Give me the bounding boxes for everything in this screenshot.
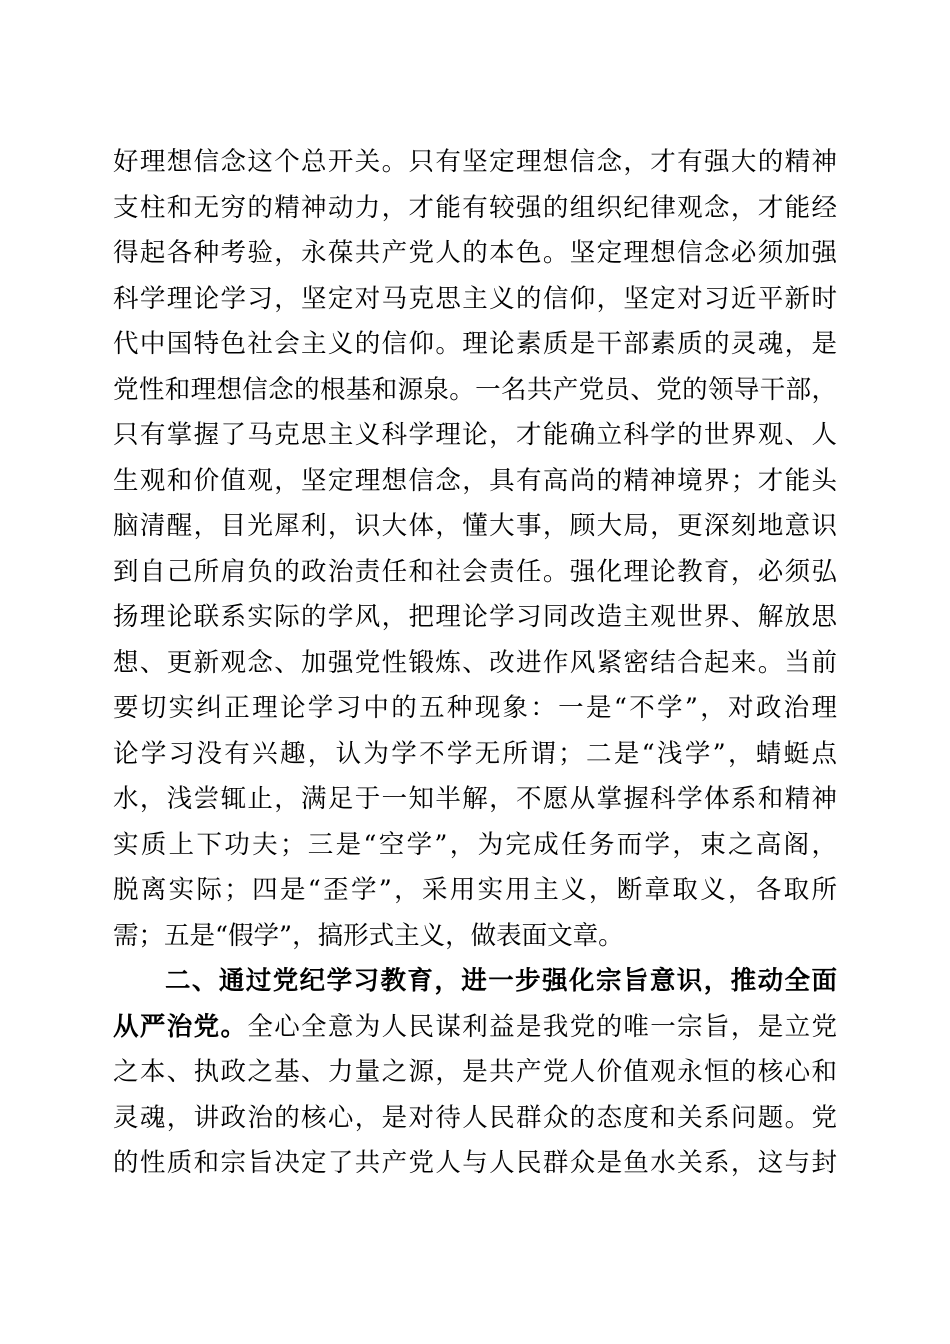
text-line: 想、更新观念、加强党性锻炼、改进作风紧密结合起来。当前 bbox=[113, 641, 837, 687]
text-segment: 论学习没有兴趣，认为学不学无所谓；二是“浅学”，蜻蜓点 bbox=[113, 739, 837, 769]
text-segment: 代中国特色社会主义的信仰。理论素质是干部素质的灵魂，是 bbox=[113, 329, 837, 359]
text-line: 得起各种考验，永葆共产党人的本色。坚定理想信念必须加强 bbox=[113, 231, 837, 277]
text-segment: 得起各种考验，永葆共产党人的本色。坚定理想信念必须加强 bbox=[113, 238, 837, 268]
text-line: 代中国特色社会主义的信仰。理论素质是干部素质的灵魂，是 bbox=[113, 322, 837, 368]
text-line: 实质上下功夫；三是“空学”，为完成任务而学，束之高阁， bbox=[113, 823, 837, 869]
text-segment: 的性质和宗旨决定了共产党人与人民群众是鱼水关系，这与封 bbox=[113, 1148, 837, 1178]
text-segment: 水，浅尝辄止，满足于一知半解，不愿从掌握科学体系和精神 bbox=[113, 784, 837, 814]
text-line: 支柱和无穷的精神动力，才能有较强的组织纪律观念，才能经 bbox=[113, 186, 837, 232]
text-segment: 需；五是“假学”，搞形式主义，做表面文章。 bbox=[113, 921, 624, 951]
text-segment: 党性和理想信念的根基和源泉。一名共产党员、党的领导干部， bbox=[113, 375, 837, 405]
text-line: 脱离实际；四是“歪学”，采用实用主义，断章取义，各取所 bbox=[113, 868, 837, 914]
text-segment: 要切实纠正理论学习中的五种现象：一是“不学”，对政治理 bbox=[113, 693, 837, 723]
text-line: 生观和价值观，坚定理想信念，具有高尚的精神境界；才能头 bbox=[113, 459, 837, 505]
text-line: 灵魂，讲政治的核心，是对待人民群众的态度和关系问题。党 bbox=[113, 1096, 837, 1142]
text-segment: 之本、执政之基、力量之源，是共产党人价值观永恒的核心和 bbox=[113, 1057, 837, 1087]
text-segment: 好理想信念这个总开关。只有坚定理想信念，才有强大的精神 bbox=[113, 147, 837, 177]
section-heading-line: 二、通过党纪学习教育，进一步强化宗旨意识，推动全面 bbox=[113, 959, 837, 1005]
text-line: 党性和理想信念的根基和源泉。一名共产党员、党的领导干部， bbox=[113, 368, 837, 414]
text-line: 脑清醒，目光犀利，识大体，懂大事，顾大局，更深刻地意识 bbox=[113, 504, 837, 550]
text-segment: 只有掌握了马克思主义科学理论，才能确立科学的世界观、人 bbox=[113, 420, 837, 450]
text-segment: 生观和价值观，坚定理想信念，具有高尚的精神境界；才能头 bbox=[113, 466, 837, 496]
text-segment: 全心全意为人民谋利益是我党的唯一宗旨，是立党 bbox=[247, 1012, 837, 1042]
section-heading-line: 从严治党。全心全意为人民谋利益是我党的唯一宗旨，是立党 bbox=[113, 1005, 837, 1051]
text-line: 只有掌握了马克思主义科学理论，才能确立科学的世界观、人 bbox=[113, 413, 837, 459]
document-page: 好理想信念这个总开关。只有坚定理想信念，才有强大的精神 支柱和无穷的精神动力，才… bbox=[0, 0, 950, 1344]
text-segment: 扬理论联系实际的学风，把理论学习同改造主观世界、解放思 bbox=[113, 602, 837, 632]
bold-segment: 从严治党。 bbox=[113, 1012, 247, 1042]
text-line: 科学理论学习，坚定对马克思主义的信仰，坚定对习近平新时 bbox=[113, 277, 837, 323]
text-segment: 实质上下功夫；三是“空学”，为完成任务而学，束之高阁， bbox=[113, 830, 837, 860]
text-segment: 灵魂，讲政治的核心，是对待人民群众的态度和关系问题。党 bbox=[113, 1103, 837, 1133]
text-segment: 支柱和无穷的精神动力，才能有较强的组织纪律观念，才能经 bbox=[113, 193, 837, 223]
text-line: 扬理论联系实际的学风，把理论学习同改造主观世界、解放思 bbox=[113, 595, 837, 641]
text-line: 到自己所肩负的政治责任和社会责任。强化理论教育，必须弘 bbox=[113, 550, 837, 596]
bold-segment: 二、通过党纪学习教育，进一步强化宗旨意识，推动全面 bbox=[165, 966, 837, 996]
text-line: 需；五是“假学”，搞形式主义，做表面文章。 bbox=[113, 914, 837, 960]
text-line: 论学习没有兴趣，认为学不学无所谓；二是“浅学”，蜻蜓点 bbox=[113, 732, 837, 778]
text-segment: 脱离实际；四是“歪学”，采用实用主义，断章取义，各取所 bbox=[113, 875, 837, 905]
text-segment: 科学理论学习，坚定对马克思主义的信仰，坚定对习近平新时 bbox=[113, 284, 837, 314]
text-line: 要切实纠正理论学习中的五种现象：一是“不学”，对政治理 bbox=[113, 686, 837, 732]
text-line: 的性质和宗旨决定了共产党人与人民群众是鱼水关系，这与封 bbox=[113, 1141, 837, 1187]
text-line: 之本、执政之基、力量之源，是共产党人价值观永恒的核心和 bbox=[113, 1050, 837, 1096]
document-body: 好理想信念这个总开关。只有坚定理想信念，才有强大的精神 支柱和无穷的精神动力，才… bbox=[113, 140, 837, 1187]
text-segment: 到自己所肩负的政治责任和社会责任。强化理论教育，必须弘 bbox=[113, 557, 837, 587]
text-segment: 脑清醒，目光犀利，识大体，懂大事，顾大局，更深刻地意识 bbox=[113, 511, 837, 541]
text-segment: 想、更新观念、加强党性锻炼、改进作风紧密结合起来。当前 bbox=[113, 648, 837, 678]
text-line: 好理想信念这个总开关。只有坚定理想信念，才有强大的精神 bbox=[113, 140, 837, 186]
text-line: 水，浅尝辄止，满足于一知半解，不愿从掌握科学体系和精神 bbox=[113, 777, 837, 823]
